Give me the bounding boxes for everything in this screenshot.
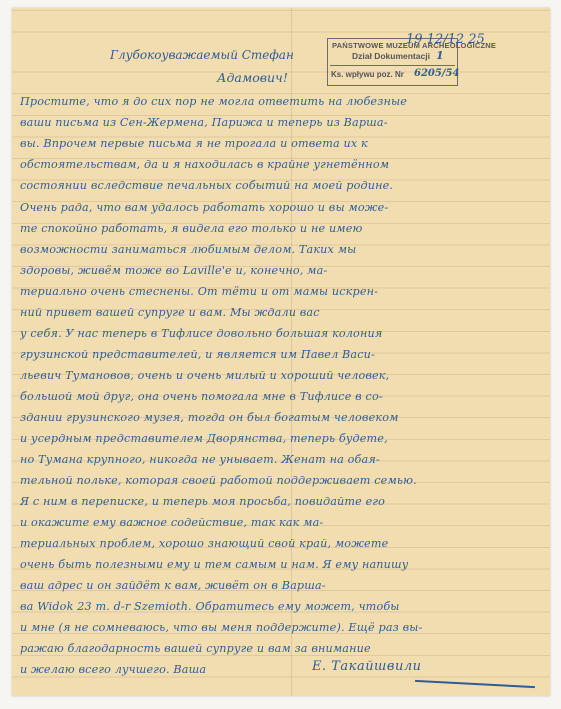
salutation-line-1: Глубокоуважаемый Стефан: [110, 48, 294, 62]
body-line: льевич Тумановов, очень и очень милый и …: [20, 365, 545, 386]
body-line: тельной польке, которая своей работой по…: [20, 470, 545, 491]
body-line: те спокойно работать, я видела его тольк…: [20, 218, 545, 239]
body-line: большой мой друг, она очень помогала мне…: [20, 386, 545, 407]
body-line: Очень рада, что вам удалось работать хор…: [20, 197, 545, 218]
body-line: очень быть полезными ему и тем самым и н…: [20, 554, 545, 575]
body-line: и мне (я не сомневаюсь, что вы меня подд…: [20, 617, 545, 638]
body-line: ражаю благодарность вашей супруге и вам …: [20, 638, 545, 659]
body-line: состоянии вследствие печальных событий н…: [20, 175, 545, 196]
body-line: здоровы, живём тоже во Laville'е и, коне…: [20, 260, 545, 281]
body-line: Простите, что я до сих пор не могла отве…: [20, 91, 545, 112]
body-line: и усердным представителем Дворянства, те…: [20, 428, 545, 449]
stamp-entry-number: 6205/54: [414, 68, 459, 79]
stamp-copy-number: 1: [436, 49, 444, 62]
signature: Е. Такайшвили: [312, 659, 421, 674]
body-line: вы. Впрочем первые письма я не трогала и…: [20, 133, 545, 154]
letter-paper: PAŃSTWOWE MUZEUM ARCHEOLOGICZNE Dział Do…: [12, 8, 550, 696]
body-line: ваш адрес и он зайдёт к вам, живёт он в …: [20, 575, 545, 596]
body-line: обстоятельствам, да и я находилась в кра…: [20, 154, 545, 175]
body-line: ваши письма из Сен-Жермена, Парижа и теп…: [20, 112, 545, 133]
body-line: возможности заниматься любимым делом. Та…: [20, 239, 545, 260]
body-line: здании грузинского музея, тогда он был б…: [20, 407, 545, 428]
body-line: териально очень стеснены. От тёти и от м…: [20, 281, 545, 302]
salutation-line-2: Адамович!: [217, 70, 288, 85]
handwritten-date: 19 12/12 25: [406, 32, 485, 47]
body-line: но Тумана крупного, никогда не унывает. …: [20, 449, 545, 470]
stamp-entry-label: Ks. wpływu poz. Nr: [331, 70, 404, 79]
body-line: ний привет вашей супруге и вам. Мы ждали…: [20, 302, 545, 323]
body-line: и желаю всего лучшего. Ваша: [20, 659, 260, 680]
body-line: ва Widok 23 m. d-r Szemioth. Обратитесь …: [20, 596, 545, 617]
stamp-divider: [330, 65, 455, 66]
signature-flourish: [415, 680, 535, 688]
body-line: Я с ним в переписке, и теперь моя просьб…: [20, 491, 545, 512]
body-line: териальных проблем, хорошо знающий свой …: [20, 533, 545, 554]
body-line: у себя. У нас теперь в Тифлисе довольно …: [20, 323, 545, 344]
body-line: грузинской представителей, и является им…: [20, 344, 545, 365]
body-line: и окажите ему важное содействие, так как…: [20, 512, 545, 533]
stamp-department: Dział Dokumentacji: [352, 51, 430, 61]
